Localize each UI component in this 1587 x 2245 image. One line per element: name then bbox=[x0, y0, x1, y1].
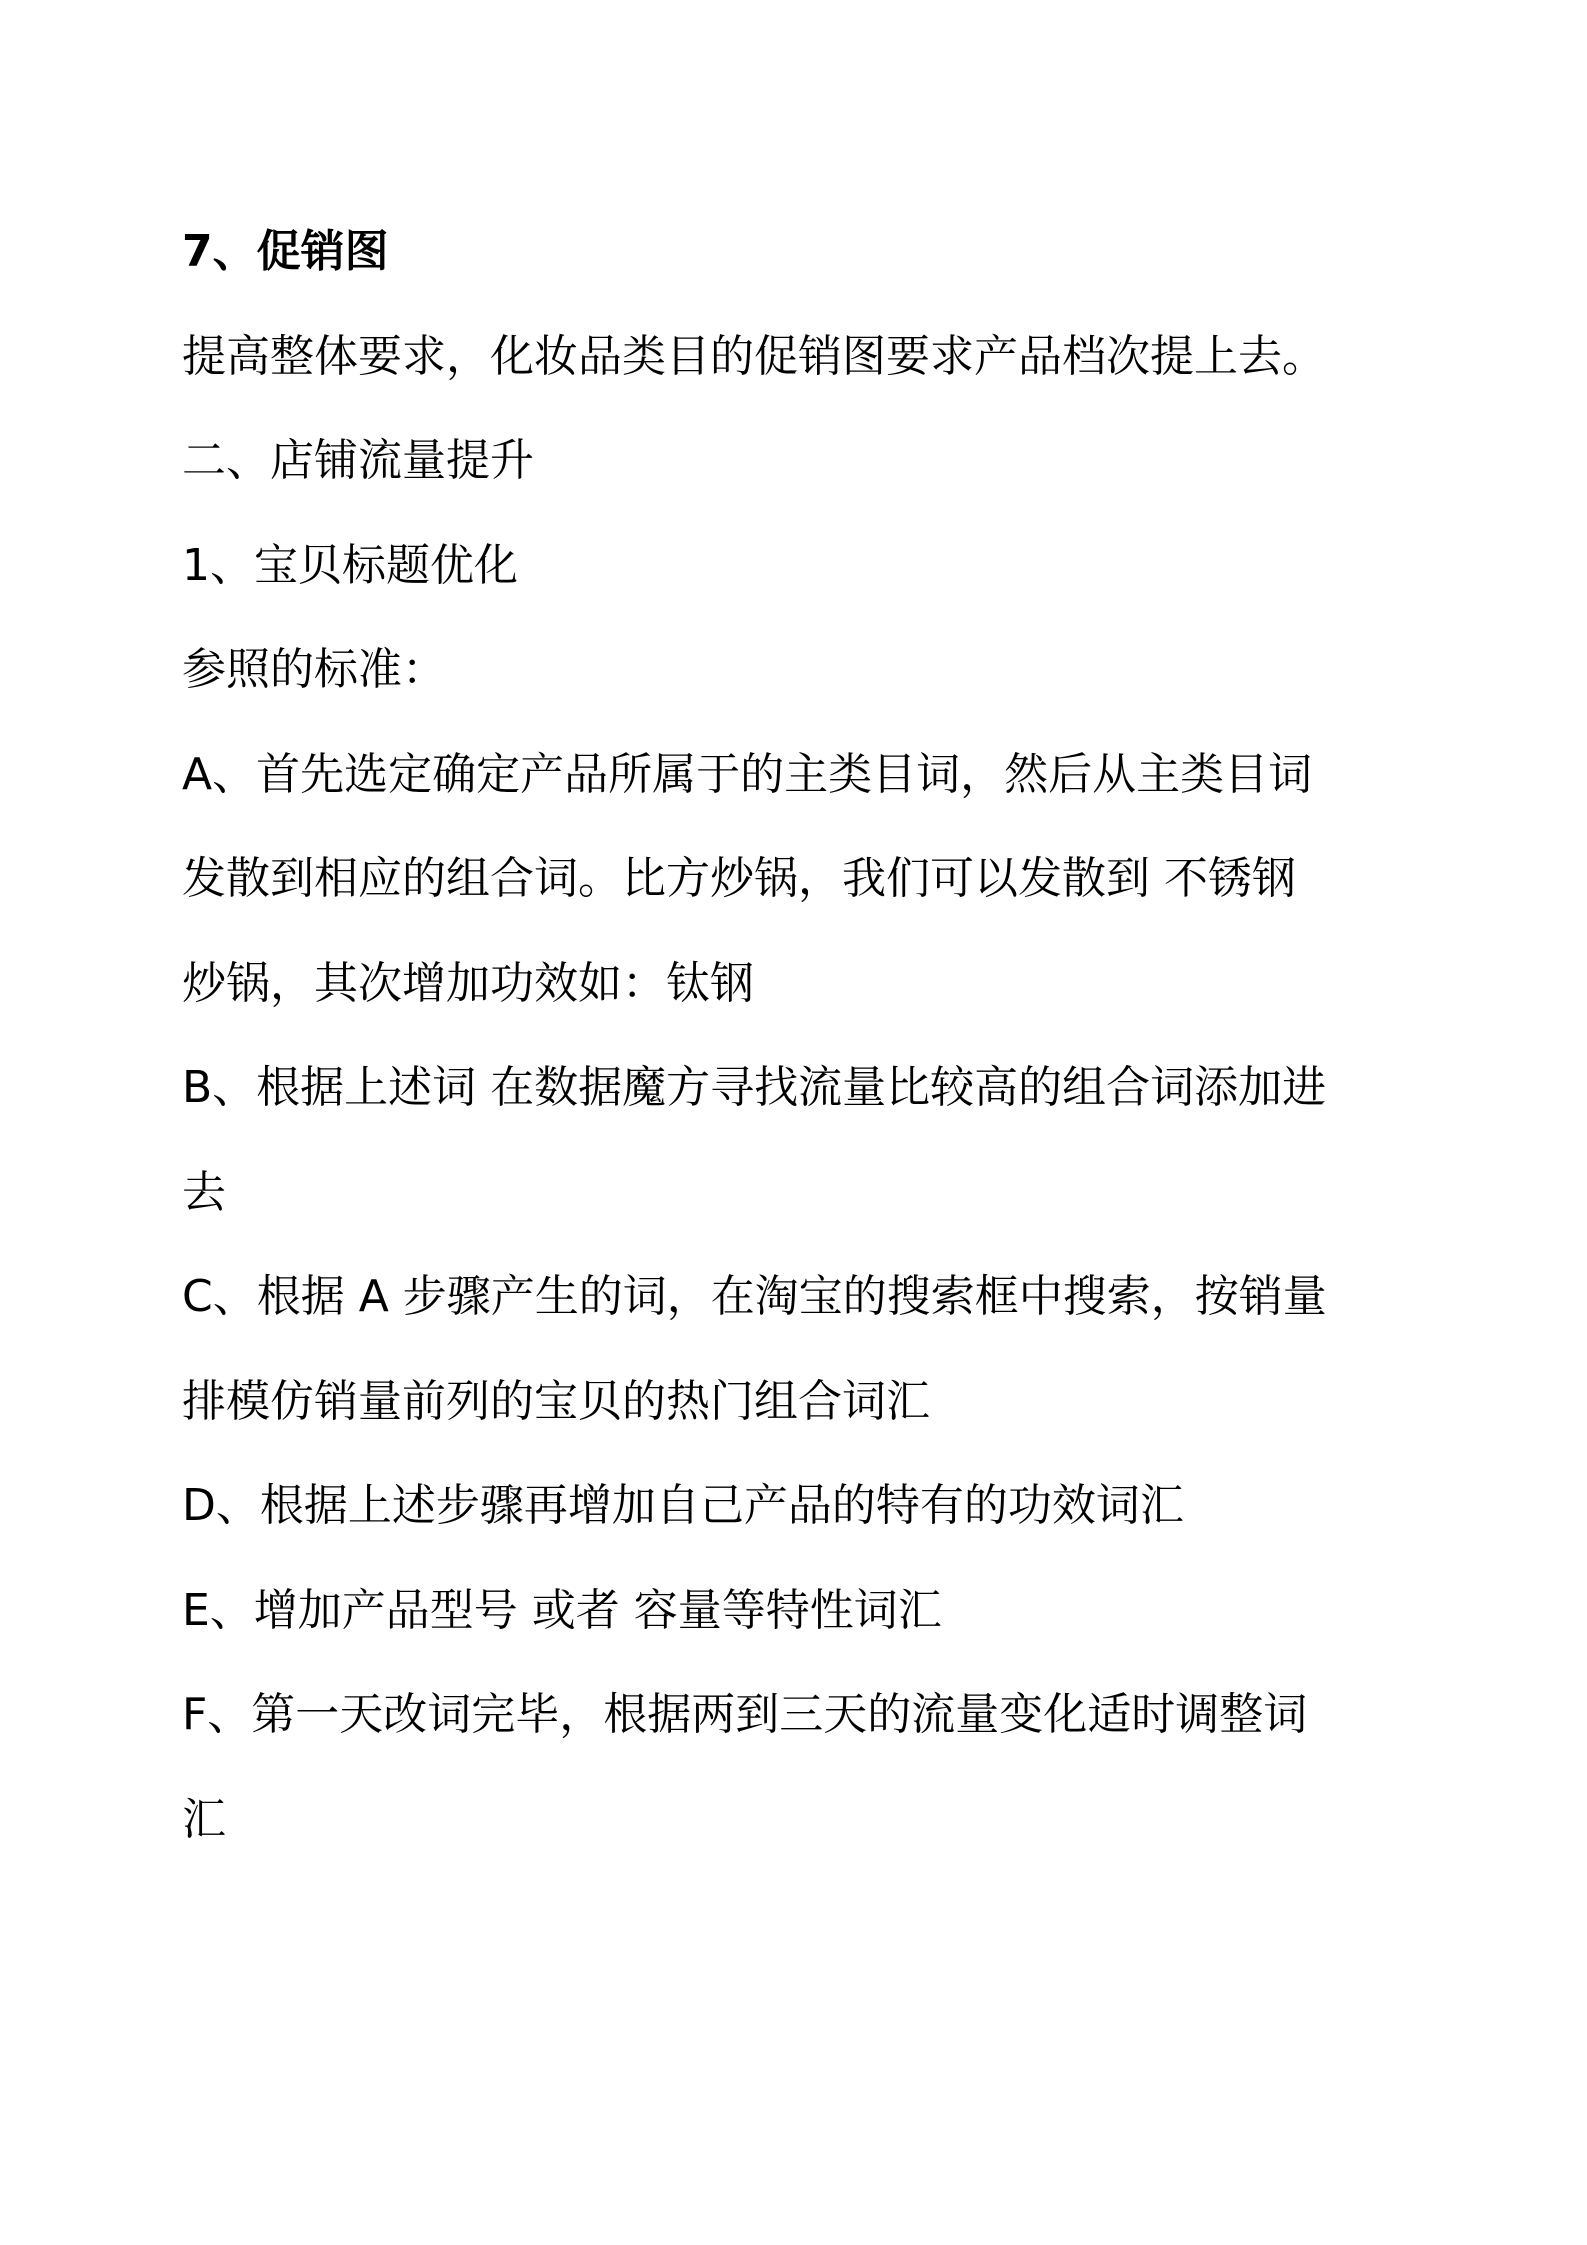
list-item-f: F、第一天改词完毕，根据两到三天的流量变化适时调整词 bbox=[182, 1663, 1422, 1768]
document-page: 7、促销图 提高整体要求，化妆品类目的促销图要求产品档次提上去。 二、店铺流量提… bbox=[182, 200, 1422, 1872]
section-heading: 7、促销图 bbox=[182, 200, 1422, 305]
list-item-b: B、根据上述词 在数据魔方寻找流量比较高的组合词添加进 bbox=[182, 1036, 1422, 1141]
list-item-c-cont: 排模仿销量前列的宝贝的热门组合词汇 bbox=[182, 1350, 1422, 1455]
paragraph-line: 提高整体要求，化妆品类目的促销图要求产品档次提上去。 bbox=[182, 305, 1422, 410]
paragraph-line: 参照的标准： bbox=[182, 618, 1422, 723]
list-item-e: E、增加产品型号 或者 容量等特性词汇 bbox=[182, 1559, 1422, 1664]
list-item-a-cont: 发散到相应的组合词。比方炒锅，我们可以发散到 不锈钢 bbox=[182, 827, 1422, 932]
list-item-d: D、根据上述步骤再增加自己产品的特有的功效词汇 bbox=[182, 1454, 1422, 1559]
list-item-a: A、首先选定确定产品所属于的主类目词，然后从主类目词 bbox=[182, 723, 1422, 828]
subsection-title: 1、宝贝标题优化 bbox=[182, 514, 1422, 619]
list-item-c: C、根据 A 步骤产生的词，在淘宝的搜索框中搜索，按销量 bbox=[182, 1245, 1422, 1350]
list-item-a-cont: 炒锅，其次增加功效如：钛钢 bbox=[182, 932, 1422, 1037]
list-item-f-cont: 汇 bbox=[182, 1768, 1422, 1873]
list-item-b-cont: 去 bbox=[182, 1141, 1422, 1246]
section-title: 二、店铺流量提升 bbox=[182, 409, 1422, 514]
